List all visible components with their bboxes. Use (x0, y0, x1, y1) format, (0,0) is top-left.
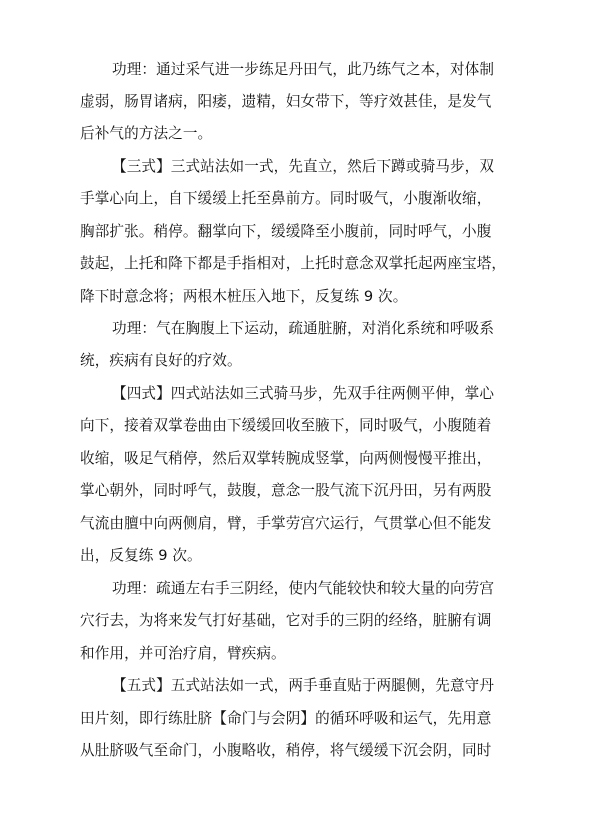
text-line: 气流由膻中向两侧肩，臂，手掌劳宫穴运行，气贯掌心但不能发 (80, 514, 520, 534)
text-line: 降下时意念将；两根木桩压入地下，反复练 9 次。 (80, 287, 520, 307)
text-line: 手掌心向上，自下缓缓上托至鼻前方。同时吸气，小腹渐收缩， (80, 189, 520, 209)
text-line: 从肚脐吸气至命门，小腹略收，稍停，将气缓缓下沉会阴，同时 (80, 741, 520, 761)
text-line: 【五式】五式站法如一式，两手垂直贴于两腿侧，先意守丹 (112, 676, 552, 696)
text-line: 胸部扩张。稍停。翻掌向下，缓缓降至小腹前，同时呼气，小腹 (80, 222, 520, 242)
text-line: 功理：气在胸腹上下运动，疏通脏腑，对消化系统和呼吸系 (112, 319, 552, 339)
text-line: 向下，接着双掌卷曲由下缓缓回收至腋下，同时吸气，小腹随着 (80, 416, 520, 436)
text-line: 收缩，吸足气稍停，然后双掌转腕成竖掌，向两侧慢慢平推出， (80, 449, 520, 469)
text-line: 后补气的方法之一。 (80, 124, 520, 144)
text-line: 田片刻，即行练肚脐【命门与会阴】的循环呼吸和运气，先用意 (80, 709, 520, 729)
text-line: 出，反复练 9 次。 (80, 546, 520, 566)
text-line: 鼓起，上托和降下都是手指相对，上托时意念双掌托起两座宝塔， (80, 254, 520, 274)
text-line: 功理：通过采气进一步练足丹田气，此乃练气之本，对体制 (112, 60, 552, 80)
text-line: 【四式】四式站法如三式骑马步，先双手往两侧平伸，掌心 (112, 384, 552, 404)
text-line: 统，疾病有良好的疗效。 (80, 351, 520, 371)
text-line: 穴行去，为将来发气打好基础，它对手的三阴的经络，脏腑有调 (80, 611, 520, 631)
text-line: 虚弱，肠胃诸病，阳痿，遗精，妇女带下，等疗效甚佳，是发气 (80, 92, 520, 112)
document-page: 功理：通过采气进一步练足丹田气，此乃练气之本，对体制 虚弱，肠胃诸病，阳痿，遗精… (0, 0, 594, 828)
text-line: 和作用，并可治疗肩，臂疾病。 (80, 644, 520, 664)
text-line: 功理：疏通左右手三阴经，使内气能较快和较大量的向劳宫 (112, 579, 552, 599)
text-line: 掌心朝外，同时呼气，鼓腹，意念一股气流下沉丹田，另有两股 (80, 481, 520, 501)
text-line: 【三式】三式站法如一式，先直立，然后下蹲或骑马步，双 (112, 157, 552, 177)
